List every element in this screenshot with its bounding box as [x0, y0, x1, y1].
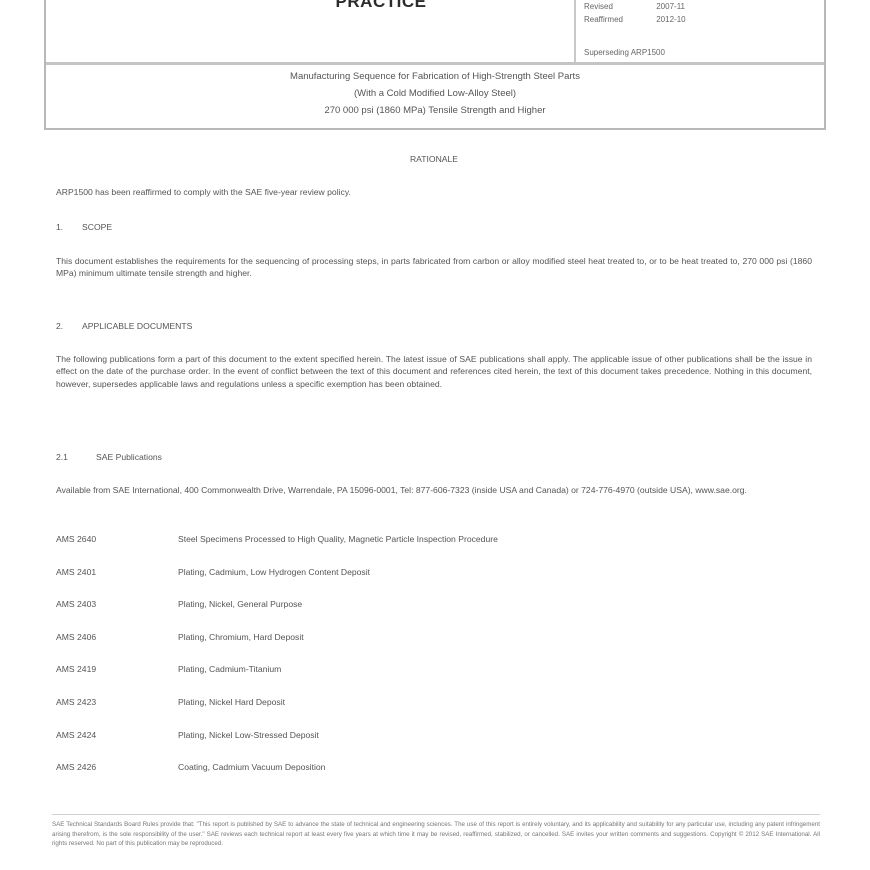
title-line: Manufacturing Sequence for Fabrication o…: [46, 68, 824, 85]
reference-item: AMS 2401Plating, Cadmium, Low Hydrogen C…: [56, 567, 370, 577]
reference-title: Plating, Cadmium-Titanium: [178, 664, 281, 674]
revision-row: Revised 2007-11: [584, 2, 685, 11]
reference-item: AMS 2423Plating, Nickel Hard Deposit: [56, 697, 285, 707]
reference-code: AMS 2423: [56, 697, 178, 707]
reference-code: AMS 2640: [56, 534, 178, 544]
reference-code: AMS 2424: [56, 730, 178, 740]
section-applicable-heading: 2.APPLICABLE DOCUMENTS: [56, 320, 812, 332]
section-applicable-text: The following publications form a part o…: [56, 353, 812, 390]
footer-notice: SAE Technical Standards Board Rules prov…: [52, 820, 820, 849]
reference-item: AMS 2419Plating, Cadmium-Titanium: [56, 664, 281, 674]
superseding-note: Superseding ARP1500: [584, 48, 665, 57]
reference-title: Plating, Chromium, Hard Deposit: [178, 632, 304, 642]
revision-label: Revised: [584, 2, 654, 11]
rationale-text: ARP1500 has been reaffirmed to comply wi…: [56, 186, 812, 198]
section-scope-text: This document establishes the requiremen…: [56, 255, 812, 280]
title-line: (With a Cold Modified Low-Alloy Steel): [46, 85, 824, 102]
reference-code: AMS 2426: [56, 762, 178, 772]
document-title: Manufacturing Sequence for Fabrication o…: [46, 68, 824, 119]
document-header-frame: PRACTICE Revised 2007-11 Reaffirmed 2012…: [44, 0, 826, 130]
reaffirmed-label: Reaffirmed: [584, 15, 654, 24]
section-sae-text: Available from SAE International, 400 Co…: [56, 484, 812, 496]
footer-divider: [52, 814, 820, 815]
reference-item: AMS 2403Plating, Nickel, General Purpose: [56, 599, 302, 609]
section-scope-heading: 1.SCOPE: [56, 221, 812, 233]
reference-code: AMS 2403: [56, 599, 178, 609]
reference-item: AMS 2424Plating, Nickel Low-Stressed Dep…: [56, 730, 319, 740]
reference-item: AMS 2406Plating, Chromium, Hard Deposit: [56, 632, 304, 642]
reference-item: AMS 2426Coating, Cadmium Vacuum Depositi…: [56, 762, 325, 772]
reference-title: Plating, Cadmium, Low Hydrogen Content D…: [178, 567, 370, 577]
reference-code: AMS 2406: [56, 632, 178, 642]
reference-title: Plating, Nickel Hard Deposit: [178, 697, 285, 707]
revision-box: Revised 2007-11 Reaffirmed 2012-10 Super…: [574, 0, 828, 62]
revision-date: 2007-11: [656, 2, 685, 11]
reference-title: Plating, Nickel Low-Stressed Deposit: [178, 730, 319, 740]
document-type: PRACTICE: [316, 0, 446, 12]
rationale-heading: RATIONALE: [56, 153, 812, 165]
title-line: 270 000 psi (1860 MPa) Tensile Strength …: [46, 102, 824, 119]
header-top-band: PRACTICE Revised 2007-11 Reaffirmed 2012…: [46, 0, 824, 65]
reference-title: Plating, Nickel, General Purpose: [178, 599, 302, 609]
section-sae-heading: 2.1SAE Publications: [56, 451, 812, 463]
reference-code: AMS 2401: [56, 567, 178, 577]
reference-item: AMS 2640Steel Specimens Processed to Hig…: [56, 534, 498, 544]
reference-title: Steel Specimens Processed to High Qualit…: [178, 534, 498, 544]
reaffirmed-date: 2012-10: [656, 15, 685, 24]
reaffirmed-row: Reaffirmed 2012-10: [584, 15, 686, 24]
reference-code: AMS 2419: [56, 664, 178, 674]
reference-title: Coating, Cadmium Vacuum Deposition: [178, 762, 325, 772]
